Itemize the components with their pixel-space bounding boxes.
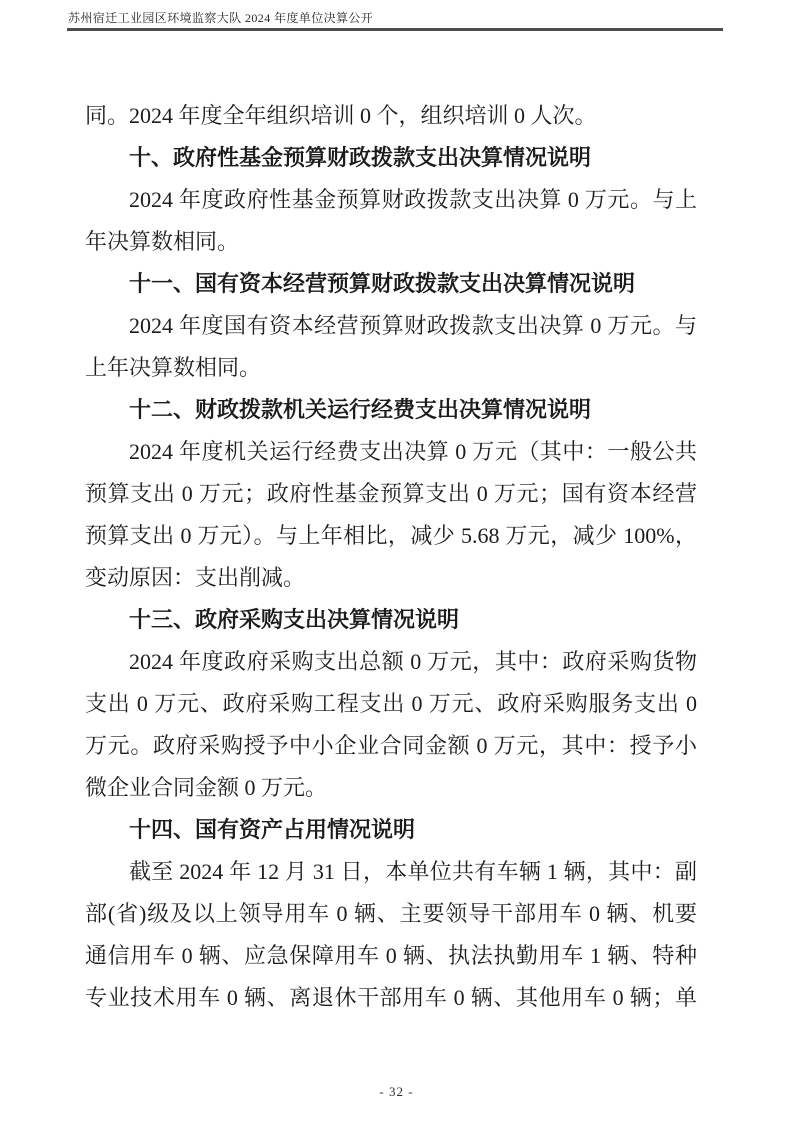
section-heading: 十、政府性基金预算财政拨款支出决算情况说明 xyxy=(85,137,697,179)
section-heading: 十四、国有资产占用情况说明 xyxy=(85,809,697,851)
body-text-line: 通信用车 0 辆、应急保障用车 0 辆、执法执勤用车 1 辆、特种 xyxy=(85,935,697,977)
body-text-line: 年决算数相同。 xyxy=(85,221,697,263)
body-text-line: 预算支出 0 万元）。与上年相比，减少 5.68 万元，减少 100%， xyxy=(85,515,697,557)
document-body: 同。2024 年度全年组织培训 0 个，组织培训 0 人次。十、政府性基金预算财… xyxy=(85,95,697,1019)
header-rule xyxy=(67,28,723,31)
body-text-line: 2024 年度机关运行经费支出决算 0 万元（其中：一般公共 xyxy=(85,431,697,473)
body-text-line: 部(省)级及以上领导用车 0 辆、主要领导干部用车 0 辆、机要 xyxy=(85,893,697,935)
body-text-line: 同。2024 年度全年组织培训 0 个，组织培训 0 人次。 xyxy=(85,95,697,137)
page-header-title: 苏州宿迁工业园区环境监察大队 2024 年度单位决算公开 xyxy=(68,11,373,26)
page-number: - 32 - xyxy=(0,1084,793,1100)
body-text-line: 2024 年度政府性基金预算财政拨款支出决算 0 万元。与上 xyxy=(85,179,697,221)
body-text-line: 专业技术用车 0 辆、离退休干部用车 0 辆、其他用车 0 辆；单 xyxy=(85,977,697,1019)
document-page: 苏州宿迁工业园区环境监察大队 2024 年度单位决算公开 同。2024 年度全年… xyxy=(0,0,793,1122)
body-text-line: 变动原因：支出削减。 xyxy=(85,557,697,599)
body-text-line: 万元。政府采购授予中小企业合同金额 0 万元，其中：授予小 xyxy=(85,725,697,767)
body-text-line: 截至 2024 年 12 月 31 日，本单位共有车辆 1 辆，其中：副 xyxy=(85,851,697,893)
body-text-line: 2024 年度国有资本经营预算财政拨款支出决算 0 万元。与 xyxy=(85,305,697,347)
body-text-line: 微企业合同金额 0 万元。 xyxy=(85,767,697,809)
section-heading: 十一、国有资本经营预算财政拨款支出决算情况说明 xyxy=(85,263,697,305)
section-heading: 十三、政府采购支出决算情况说明 xyxy=(85,599,697,641)
body-text-line: 预算支出 0 万元；政府性基金预算支出 0 万元；国有资本经营 xyxy=(85,473,697,515)
body-text-line: 2024 年度政府采购支出总额 0 万元，其中：政府采购货物 xyxy=(85,641,697,683)
section-heading: 十二、财政拨款机关运行经费支出决算情况说明 xyxy=(85,389,697,431)
body-text-line: 支出 0 万元、政府采购工程支出 0 万元、政府采购服务支出 0 xyxy=(85,683,697,725)
body-text-line: 上年决算数相同。 xyxy=(85,347,697,389)
